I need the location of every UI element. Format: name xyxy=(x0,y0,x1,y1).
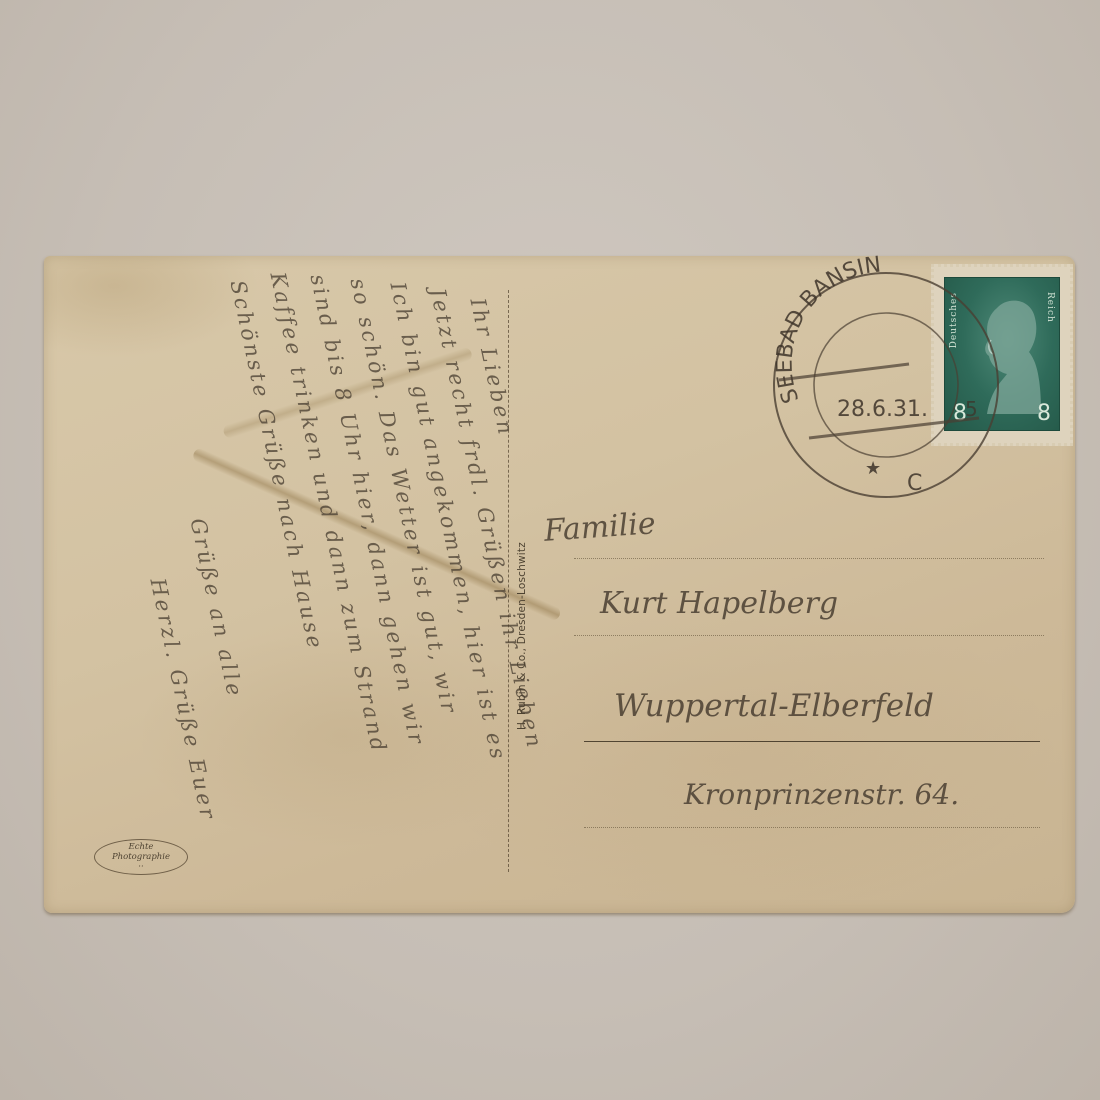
address-line-1: Familie xyxy=(543,506,657,549)
address-rule-underline xyxy=(584,741,1040,742)
center-divider xyxy=(508,290,509,872)
stamp-country-left: Deutsches xyxy=(949,292,959,348)
photo-mark-stamp: Echte Photographie ·· xyxy=(94,839,188,875)
svg-text:SEEBAD BANSIN: SEEBAD BANSIN xyxy=(773,252,883,406)
photo-mark-line: Echte xyxy=(129,842,154,852)
address-rule xyxy=(584,827,1040,828)
postage-stamp: Deutsches Reich 8 8 xyxy=(931,264,1073,446)
address-line-4: Kronprinzenstr. 64. xyxy=(684,778,959,811)
photo-mark-line: Photographie xyxy=(112,852,170,862)
postcard: Ihr Lieben Jetzt recht frdl. Grüßen ihr … xyxy=(44,256,1075,913)
message-line: Grüße an alle xyxy=(186,516,248,701)
handwritten-message: Ihr Lieben Jetzt recht frdl. Grüßen ihr … xyxy=(99,286,494,886)
address-rule xyxy=(574,558,1044,559)
portrait-icon xyxy=(977,294,1041,414)
publisher-imprint: H. Rubin & Co., Dresden-Loschwitz xyxy=(516,542,528,730)
stamp-design: Deutsches Reich 8 8 xyxy=(944,277,1060,431)
address-rule xyxy=(574,635,1044,636)
photo-mark-line: ·· xyxy=(138,862,143,872)
address-line-2: Kurt Hapelberg xyxy=(600,586,838,621)
stamp-value-left: 8 xyxy=(953,401,967,426)
postmark-place: SEEBAD BANSIN xyxy=(773,252,883,406)
stamp-country-right: Reich xyxy=(1045,292,1055,323)
stamp-value-right: 8 xyxy=(1037,401,1051,426)
postmark-code: C xyxy=(907,471,922,496)
postmark-star: ★ xyxy=(865,458,881,479)
postmark-date: 28.6.31. xyxy=(837,397,928,422)
address-line-3: Wuppertal-Elberfeld xyxy=(614,688,934,724)
